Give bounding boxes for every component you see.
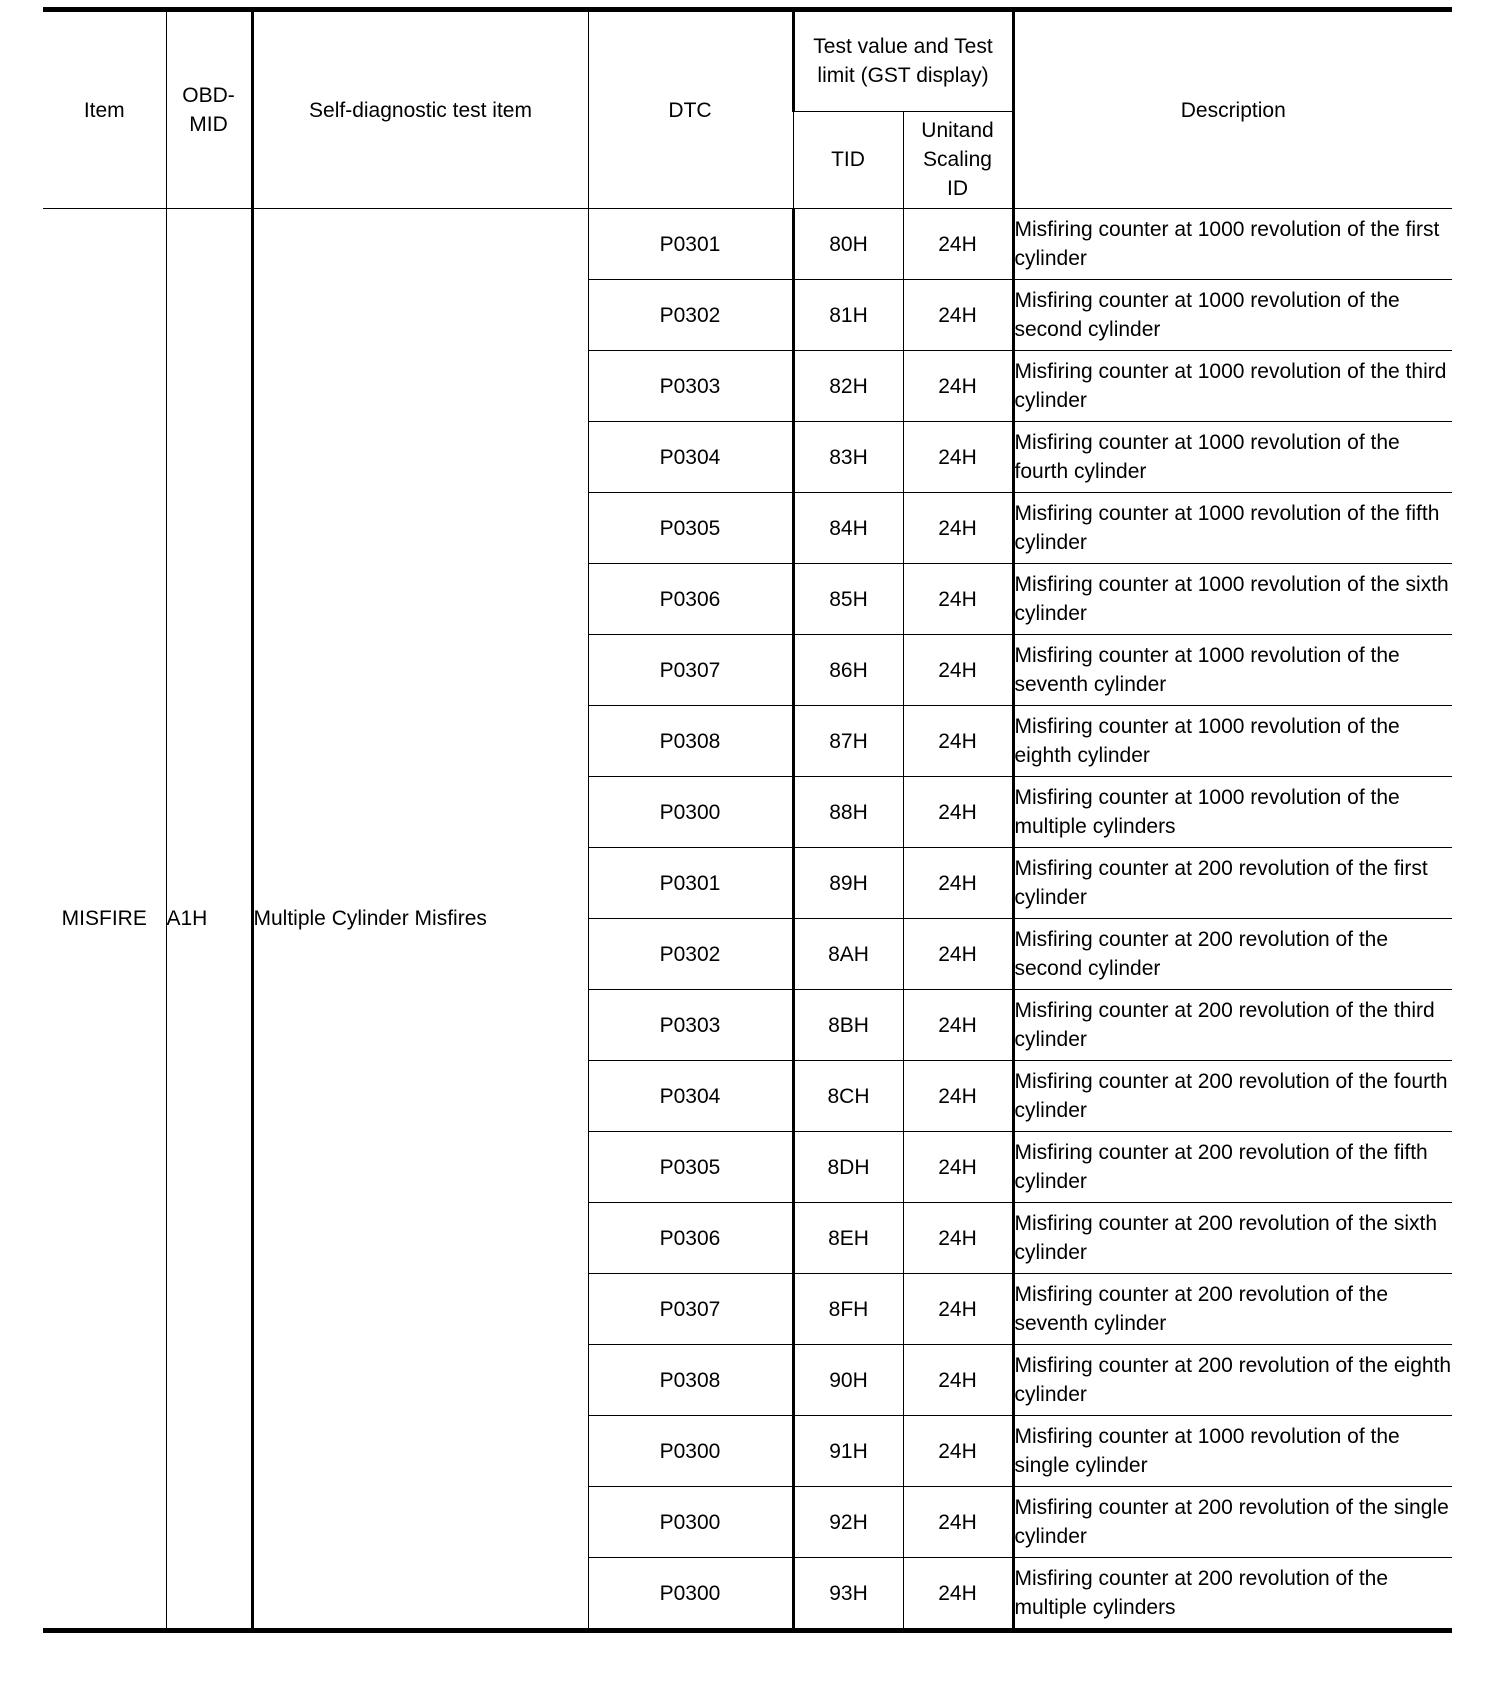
header-item: Item [43, 10, 166, 209]
unit-scaling-cell: 24H [903, 1203, 1013, 1274]
table-body: MISFIREA1HMultiple Cylinder MisfiresP030… [43, 209, 1452, 1631]
item-cell: MISFIRE [43, 209, 166, 1631]
dtc-cell: P0300 [588, 1558, 793, 1631]
dtc-cell: P0304 [588, 422, 793, 493]
unit-scaling-cell: 24H [903, 777, 1013, 848]
table-row: MISFIREA1HMultiple Cylinder MisfiresP030… [43, 209, 1452, 280]
description-cell: Misfiring counter at 200 revolution of t… [1013, 1203, 1452, 1274]
tid-cell: 85H [793, 564, 903, 635]
dtc-cell: P0303 [588, 351, 793, 422]
header-self-diagnostic-test-item: Self-diagnostic test item [252, 10, 588, 209]
unit-scaling-cell: 24H [903, 493, 1013, 564]
tid-cell: 93H [793, 1558, 903, 1631]
tid-cell: 80H [793, 209, 903, 280]
header-unit-scaling-id: Unitand Scaling ID [903, 111, 1013, 209]
description-cell: Misfiring counter at 1000 revolution of … [1013, 777, 1452, 848]
dtc-cell: P0307 [588, 1274, 793, 1345]
header-obd-mid: OBD-MID [166, 10, 252, 209]
tid-cell: 83H [793, 422, 903, 493]
dtc-cell: P0304 [588, 1061, 793, 1132]
tid-cell: 89H [793, 848, 903, 919]
tid-cell: 92H [793, 1487, 903, 1558]
dtc-cell: P0305 [588, 1132, 793, 1203]
description-cell: Misfiring counter at 200 revolution of t… [1013, 1061, 1452, 1132]
unit-scaling-cell: 24H [903, 1487, 1013, 1558]
unit-scaling-cell: 24H [903, 635, 1013, 706]
tid-cell: 8AH [793, 919, 903, 990]
dtc-cell: P0300 [588, 1416, 793, 1487]
unit-scaling-cell: 24H [903, 209, 1013, 280]
header-unit-scaling-id-text: Unitand Scaling ID [913, 116, 1003, 203]
header-dtc: DTC [588, 10, 793, 209]
description-cell: Misfiring counter at 1000 revolution of … [1013, 493, 1452, 564]
description-cell: Misfiring counter at 1000 revolution of … [1013, 706, 1452, 777]
unit-scaling-cell: 24H [903, 848, 1013, 919]
dtc-cell: P0300 [588, 777, 793, 848]
dtc-cell: P0308 [588, 706, 793, 777]
dtc-cell: P0302 [588, 919, 793, 990]
description-cell: Misfiring counter at 1000 revolution of … [1013, 635, 1452, 706]
dtc-cell: P0307 [588, 635, 793, 706]
description-cell: Misfiring counter at 200 revolution of t… [1013, 1345, 1452, 1416]
header-test-value-group: Test value and Test limit (GST display) [793, 10, 1013, 112]
unit-scaling-cell: 24H [903, 1274, 1013, 1345]
unit-scaling-cell: 24H [903, 706, 1013, 777]
description-cell: Misfiring counter at 1000 revolution of … [1013, 351, 1452, 422]
header-obd-mid-text: OBD-MID [179, 81, 239, 139]
dtc-cell: P0303 [588, 990, 793, 1061]
dtc-cell: P0302 [588, 280, 793, 351]
unit-scaling-cell: 24H [903, 919, 1013, 990]
tid-cell: 8FH [793, 1274, 903, 1345]
dtc-cell: P0301 [588, 209, 793, 280]
obd-mid-cell: A1H [166, 209, 252, 1631]
description-cell: Misfiring counter at 1000 revolution of … [1013, 280, 1452, 351]
description-cell: Misfiring counter at 200 revolution of t… [1013, 848, 1452, 919]
tid-cell: 8BH [793, 990, 903, 1061]
unit-scaling-cell: 24H [903, 1132, 1013, 1203]
dtc-cell: P0308 [588, 1345, 793, 1416]
description-cell: Misfiring counter at 1000 revolution of … [1013, 1416, 1452, 1487]
tid-cell: 81H [793, 280, 903, 351]
description-cell: Misfiring counter at 200 revolution of t… [1013, 990, 1452, 1061]
description-cell: Misfiring counter at 1000 revolution of … [1013, 564, 1452, 635]
description-cell: Misfiring counter at 1000 revolution of … [1013, 209, 1452, 280]
dtc-cell: P0306 [588, 564, 793, 635]
header-description: Description [1013, 10, 1452, 209]
header-tid: TID [793, 111, 903, 209]
unit-scaling-cell: 24H [903, 1558, 1013, 1631]
description-cell: Misfiring counter at 200 revolution of t… [1013, 919, 1452, 990]
dtc-cell: P0301 [588, 848, 793, 919]
tid-cell: 8DH [793, 1132, 903, 1203]
unit-scaling-cell: 24H [903, 1416, 1013, 1487]
unit-scaling-cell: 24H [903, 1345, 1013, 1416]
unit-scaling-cell: 24H [903, 990, 1013, 1061]
unit-scaling-cell: 24H [903, 422, 1013, 493]
tid-cell: 82H [793, 351, 903, 422]
dtc-cell: P0300 [588, 1487, 793, 1558]
dtc-cell: P0305 [588, 493, 793, 564]
description-cell: Misfiring counter at 200 revolution of t… [1013, 1274, 1452, 1345]
header-test-value-group-text: Test value and Test limit (GST display) [808, 32, 998, 90]
unit-scaling-cell: 24H [903, 1061, 1013, 1132]
unit-scaling-cell: 24H [903, 351, 1013, 422]
tid-cell: 90H [793, 1345, 903, 1416]
tid-cell: 84H [793, 493, 903, 564]
tid-cell: 86H [793, 635, 903, 706]
description-cell: Misfiring counter at 200 revolution of t… [1013, 1558, 1452, 1631]
tid-cell: 87H [793, 706, 903, 777]
tid-cell: 91H [793, 1416, 903, 1487]
test-item-cell: Multiple Cylinder Misfires [252, 209, 588, 1631]
dtc-cell: P0306 [588, 1203, 793, 1274]
table-header: Item OBD-MID Self-diagnostic test item D… [43, 10, 1452, 209]
tid-cell: 8CH [793, 1061, 903, 1132]
tid-cell: 88H [793, 777, 903, 848]
obd-mid-misfire-table: Item OBD-MID Self-diagnostic test item D… [43, 7, 1452, 1633]
unit-scaling-cell: 24H [903, 564, 1013, 635]
description-cell: Misfiring counter at 200 revolution of t… [1013, 1487, 1452, 1558]
unit-scaling-cell: 24H [903, 280, 1013, 351]
tid-cell: 8EH [793, 1203, 903, 1274]
description-cell: Misfiring counter at 1000 revolution of … [1013, 422, 1452, 493]
description-cell: Misfiring counter at 200 revolution of t… [1013, 1132, 1452, 1203]
